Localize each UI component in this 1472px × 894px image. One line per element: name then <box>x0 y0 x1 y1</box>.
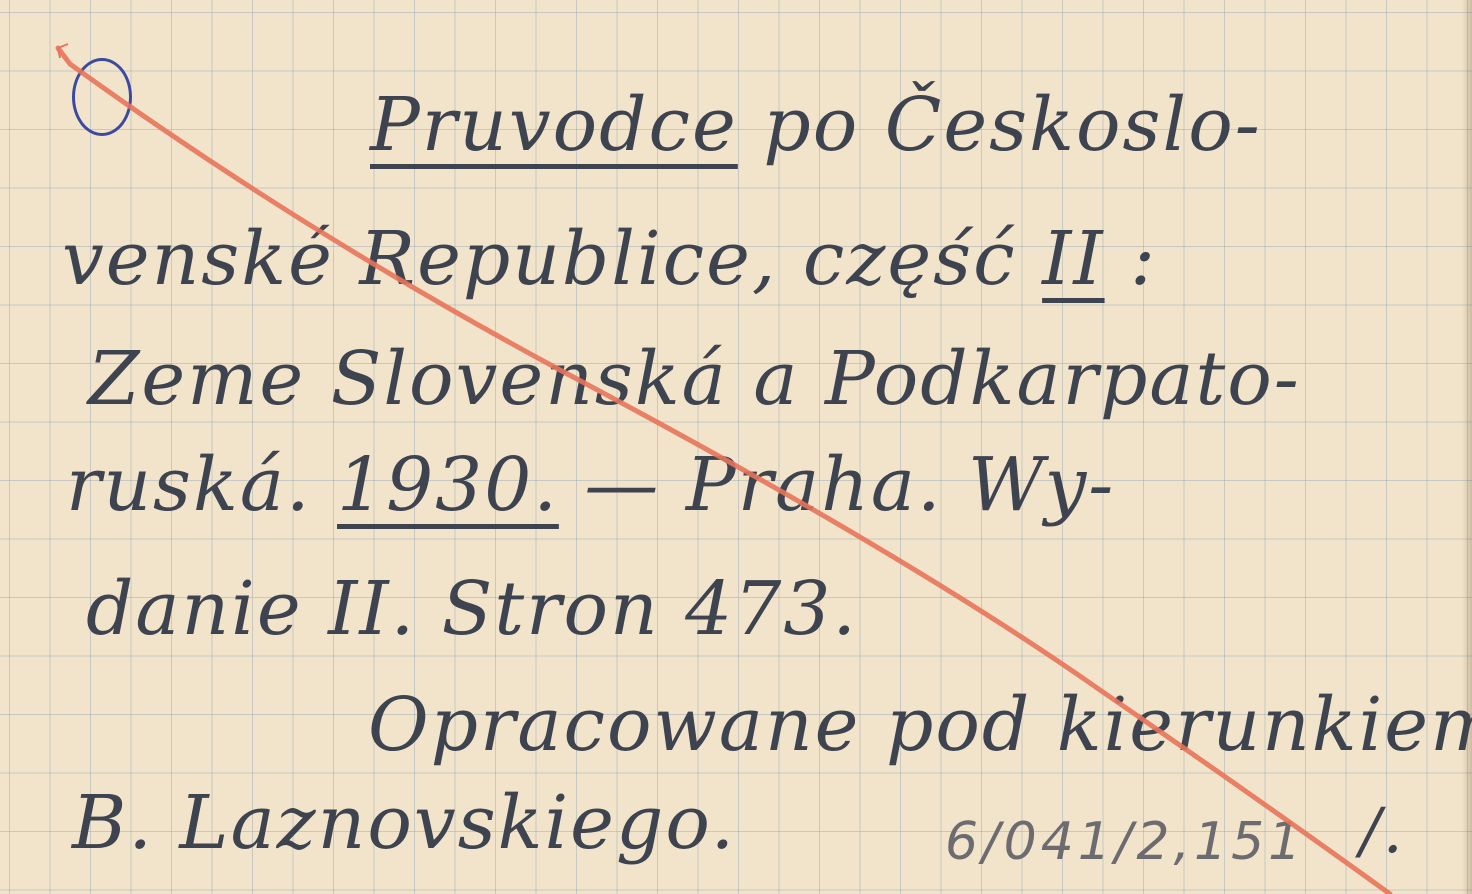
red-strikethrough-line <box>0 0 1472 894</box>
index-card: Pruvodce po Českoslo- venské Republice, … <box>0 0 1472 894</box>
